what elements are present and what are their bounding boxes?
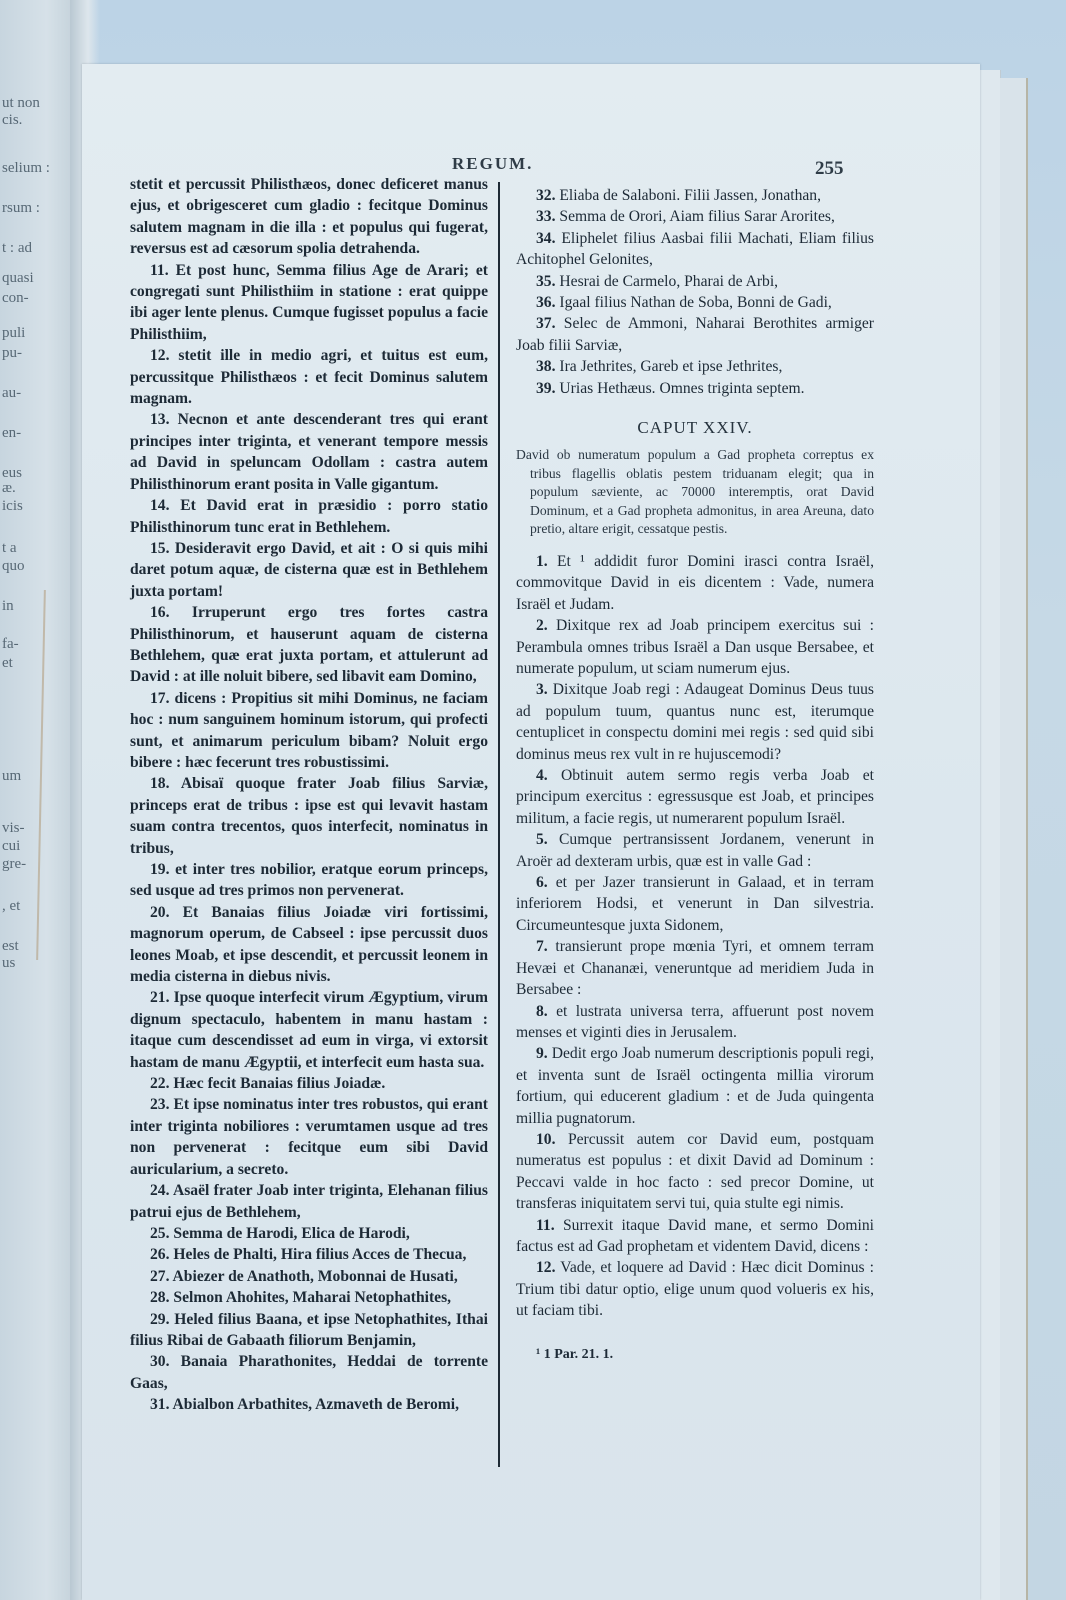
verse-text: Desideravit ergo David, et ait : O si qu… (130, 540, 488, 600)
verse: 6. et per Jazer transierunt in Galaad, e… (516, 872, 874, 936)
verse-text: Heles de Phalti, Hira filius Acces de Th… (173, 1246, 466, 1263)
verse-text: Selec de Ammoni, Naharai Berothites armi… (516, 315, 874, 353)
verse-text: Ipse quoque interfecit virum Ægyptium, v… (130, 989, 488, 1070)
verse: 2. Dixitque rex ad Joab principem exerci… (516, 615, 874, 679)
right-column: 32. Eliaba de Salaboni. Filii Jassen, Jo… (516, 185, 874, 1365)
facing-fragment: et (2, 655, 78, 672)
verse-text: Hesrai de Carmelo, Pharai de Arbi, (559, 273, 778, 290)
verse: 36. Igaal filius Nathan de Soba, Bonni d… (516, 292, 874, 313)
verse-number: 29. (150, 1311, 170, 1328)
verse: 3. Dixitque Joab regi : Adaugeat Dominus… (516, 679, 874, 765)
verse-number: 22. (150, 1075, 170, 1092)
verse-text: et per Jazer transierunt in Galaad, et i… (516, 874, 874, 934)
verse-number: 2. (536, 617, 548, 634)
verse-number: 12. (150, 347, 170, 364)
verse-number: 36. (536, 294, 556, 311)
verse: 8. et lustrata universa terra, affuerunt… (516, 1001, 874, 1044)
verse-text: Semma de Harodi, Elica de Harodi, (173, 1225, 409, 1242)
verse-number: 17. (150, 690, 170, 707)
verse: 15. Desideravit ergo David, et ait : O s… (130, 538, 488, 602)
facing-fragment: est (2, 938, 78, 955)
verse: stetit et percussit Philisthæos, donec d… (130, 174, 488, 260)
verse-number: 30. (150, 1353, 170, 1370)
verse-text: Et Banaias filius Joiadæ viri fortissimi… (130, 904, 488, 985)
verse-text: transierunt prope mœnia Tyri, et omnem t… (516, 938, 874, 998)
verse-number: 31. (150, 1396, 170, 1413)
verse-text: Semma de Orori, Aiam filius Sarar Arorit… (559, 208, 834, 225)
verse: 14. Et David erat in præsidio : porro st… (130, 495, 488, 538)
facing-fragment: us (2, 955, 78, 972)
facing-fragment: quasi (2, 270, 78, 287)
verse-number: 9. (536, 1045, 548, 1062)
verse-number: 26. (150, 1246, 170, 1263)
verse-text: Cumque pertransissent Jordanem, venerunt… (516, 831, 874, 869)
verse-number: 34. (536, 230, 556, 247)
verse: 4. Obtinuit autem sermo regis verba Joab… (516, 765, 874, 829)
facing-fragment: con- (2, 290, 78, 307)
verse-text: Dixitque rex ad Joab principem exercitus… (516, 617, 874, 677)
verse-text: Igaal filius Nathan de Soba, Bonni de Ga… (559, 294, 831, 311)
verse-number: 19. (150, 861, 170, 878)
facing-fragment: fa- (2, 636, 78, 653)
book-photo: ut non cis. selium : rsum : t : ad quasi… (0, 0, 1066, 1600)
verse-number: 35. (536, 273, 556, 290)
facing-fragment: au- (2, 385, 78, 402)
verse: 25. Semma de Harodi, Elica de Harodi, (130, 1223, 488, 1244)
verse-text: Surrexit itaque David mane, et sermo Dom… (516, 1217, 874, 1255)
verse-text: Selmon Ahohites, Maharai Netophathites, (173, 1289, 451, 1306)
column-divider (498, 182, 500, 1467)
verse-text: Abiezer de Anathoth, Mobonnai de Husati, (173, 1268, 458, 1285)
page-edge (1000, 78, 1028, 1600)
verse: 19. et inter tres nobilior, eratque eoru… (130, 859, 488, 902)
verse-number: 39. (536, 380, 556, 397)
facing-page-left: ut non cis. selium : rsum : t : ad quasi… (0, 0, 78, 1600)
facing-fragment: , et (2, 898, 78, 915)
verse-number: 8. (536, 1003, 548, 1020)
facing-fragment: cis. (2, 112, 78, 129)
verse: 39. Urias Hethæus. Omnes triginta septem… (516, 378, 874, 399)
verse: 7. transierunt prope mœnia Tyri, et omne… (516, 936, 874, 1000)
verse: 21. Ipse quoque interfecit virum Ægyptiu… (130, 987, 488, 1073)
verse: 9. Dedit ergo Joab numerum descriptionis… (516, 1043, 874, 1129)
verse: 12. Vade, et loquere ad David : Hæc dici… (516, 1257, 874, 1321)
verse-text: et inter tres nobilior, eratque eorum pr… (130, 861, 488, 899)
verse-number: 24. (150, 1182, 170, 1199)
verse-text: Eliaba de Salaboni. Filii Jassen, Jonath… (559, 187, 821, 204)
verse: 18. Abisaï quoque frater Joab filius Sar… (130, 773, 488, 859)
verse: 12. stetit ille in medio agri, et tuitus… (130, 345, 488, 409)
verse-number: 4. (536, 767, 548, 784)
facing-fragment: quo (2, 558, 78, 575)
chapter-title: CAPUT XXIV. (516, 417, 874, 438)
verse: 27. Abiezer de Anathoth, Mobonnai de Hus… (130, 1266, 488, 1287)
verse-number: 14. (150, 497, 170, 514)
verse-number: 18. (150, 775, 170, 792)
verse-text: Dedit ergo Joab numerum descriptionis po… (516, 1045, 874, 1126)
verse-text: Necnon et ante descenderant tres qui era… (130, 411, 488, 492)
verse: 26. Heles de Phalti, Hira filius Acces d… (130, 1244, 488, 1265)
verse: 34. Eliphelet filius Aasbai filii Machat… (516, 228, 874, 271)
verse-number: 32. (536, 187, 556, 204)
facing-fragment: icis (2, 498, 78, 515)
verse-number: 1. (536, 553, 548, 570)
verse: 22. Hæc fecit Banaias filius Joiadæ. (130, 1073, 488, 1094)
verse: 37. Selec de Ammoni, Naharai Berothites … (516, 313, 874, 356)
verse: 30. Banaia Pharathonites, Heddai de torr… (130, 1351, 488, 1394)
verse-number: 27. (150, 1268, 170, 1285)
verse-text: Et ¹ addidit furor Domini irasci contra … (516, 553, 874, 613)
facing-fragment: t : ad (2, 240, 78, 257)
verse-text: et lustrata universa terra, affuerunt po… (516, 1003, 874, 1041)
facing-fragment: rsum : (2, 200, 78, 217)
verse-number: 6. (536, 874, 548, 891)
verse-number: 15. (150, 540, 170, 557)
page-edge (980, 70, 1001, 1600)
verse: 10. Percussit autem cor David eum, postq… (516, 1129, 874, 1215)
verse-text: stetit ille in medio agri, et tuitus est… (130, 347, 488, 407)
verse: 17. dicens : Propitius sit mihi Dominus,… (130, 688, 488, 774)
verse-text: Eliphelet filius Aasbai filii Machati, E… (516, 230, 874, 268)
left-column: stetit et percussit Philisthæos, donec d… (130, 174, 488, 1416)
verse-text: Banaia Pharathonites, Heddai de torrente… (130, 1353, 488, 1391)
verse-number: 37. (536, 315, 556, 332)
verse: 29. Heled filius Baana, et ipse Netophat… (130, 1309, 488, 1352)
verse-text: Abisaï quoque frater Joab filius Sarviæ,… (130, 775, 488, 856)
verse-number: 38. (536, 358, 556, 375)
facing-fragment: pu- (2, 345, 78, 362)
verse-text: Dixitque Joab regi : Adaugeat Dominus De… (516, 681, 874, 762)
footnote: ¹ 1 Par. 21. 1. (516, 1344, 874, 1365)
verse-number: 12. (536, 1259, 556, 1276)
verse: 32. Eliaba de Salaboni. Filii Jassen, Jo… (516, 185, 874, 206)
verse-text: Et ipse nominatus inter tres robustos, q… (130, 1096, 488, 1177)
verse-number: 5. (536, 831, 548, 848)
verse-text: Irruperunt ergo tres fortes castra Phili… (130, 604, 488, 685)
verse-number: 13. (150, 411, 170, 428)
verse: 16. Irruperunt ergo tres fortes castra P… (130, 602, 488, 688)
verse-text: Ira Jethrites, Gareb et ipse Jethrites, (559, 358, 782, 375)
verse: 11. Surrexit itaque David mane, et sermo… (516, 1215, 874, 1258)
verse-number: 11. (150, 262, 169, 279)
verse-text: Urias Hethæus. Omnes triginta septem. (559, 380, 804, 397)
verse: 13. Necnon et ante descenderant tres qui… (130, 409, 488, 495)
verse-number: 11. (536, 1217, 555, 1234)
verse-number: 23. (150, 1096, 170, 1113)
verse: 31. Abialbon Arbathites, Azmaveth de Ber… (130, 1394, 488, 1415)
verse-number: 20. (150, 904, 170, 921)
verse: 5. Cumque pertransissent Jordanem, vener… (516, 829, 874, 872)
verse-text: Et post hunc, Semma filius Age de Arari;… (130, 262, 488, 343)
facing-fragment: en- (2, 425, 78, 442)
facing-fragment: in (2, 598, 78, 615)
verse: 35. Hesrai de Carmelo, Pharai de Arbi, (516, 271, 874, 292)
verse-text: Percussit autem cor David eum, postquam … (516, 1131, 874, 1212)
verse: 38. Ira Jethrites, Gareb et ipse Jethrit… (516, 356, 874, 377)
verse-number: 7. (536, 938, 548, 955)
verse-number: 21. (150, 989, 170, 1006)
page-number: 255 (815, 158, 844, 180)
verse: 11. Et post hunc, Semma filius Age de Ar… (130, 260, 488, 346)
facing-fragment: æ. (2, 480, 78, 497)
facing-fragment: ut non (2, 95, 78, 112)
verse-text: Obtinuit autem sermo regis verba Joab et… (516, 767, 874, 827)
verse-text: Et David erat in præsidio : porro statio… (130, 497, 488, 535)
verse: 20. Et Banaias filius Joiadæ viri fortis… (130, 902, 488, 988)
verse: 1. Et ¹ addidit furor Domini irasci cont… (516, 551, 874, 615)
facing-fragment: puli (2, 325, 78, 342)
verse-text: Vade, et loquere ad David : Hæc dicit Do… (516, 1259, 874, 1319)
verse-text: Asaël frater Joab inter triginta, Elehan… (130, 1182, 488, 1220)
verse-text: stetit et percussit Philisthæos, donec d… (130, 176, 488, 257)
verse-text: Hæc fecit Banaias filius Joiadæ. (173, 1075, 385, 1092)
verse-number: 28. (150, 1289, 170, 1306)
verse-number: 25. (150, 1225, 170, 1242)
verse-text: Abialbon Arbathites, Azmaveth de Beromi, (173, 1396, 459, 1413)
verse-number: 16. (150, 604, 170, 621)
running-head: REGUM. (452, 154, 533, 174)
facing-fragment: selium : (2, 160, 78, 177)
verse-number: 10. (536, 1131, 556, 1148)
verse-number: 3. (536, 681, 548, 698)
verse: 28. Selmon Ahohites, Maharai Netophathit… (130, 1287, 488, 1308)
verse: 33. Semma de Orori, Aiam filius Sarar Ar… (516, 206, 874, 227)
verse: 23. Et ipse nominatus inter tres robusto… (130, 1094, 488, 1180)
verse: 24. Asaël frater Joab inter triginta, El… (130, 1180, 488, 1223)
verse-text: Heled filius Baana, et ipse Netophathite… (130, 1311, 488, 1349)
verse-number: 33. (536, 208, 556, 225)
chapter-summary: David ob numeratum populum a Gad prophet… (516, 446, 874, 539)
verse-text: dicens : Propitius sit mihi Dominus, ne … (130, 690, 488, 771)
facing-fragment: t a (2, 540, 78, 557)
